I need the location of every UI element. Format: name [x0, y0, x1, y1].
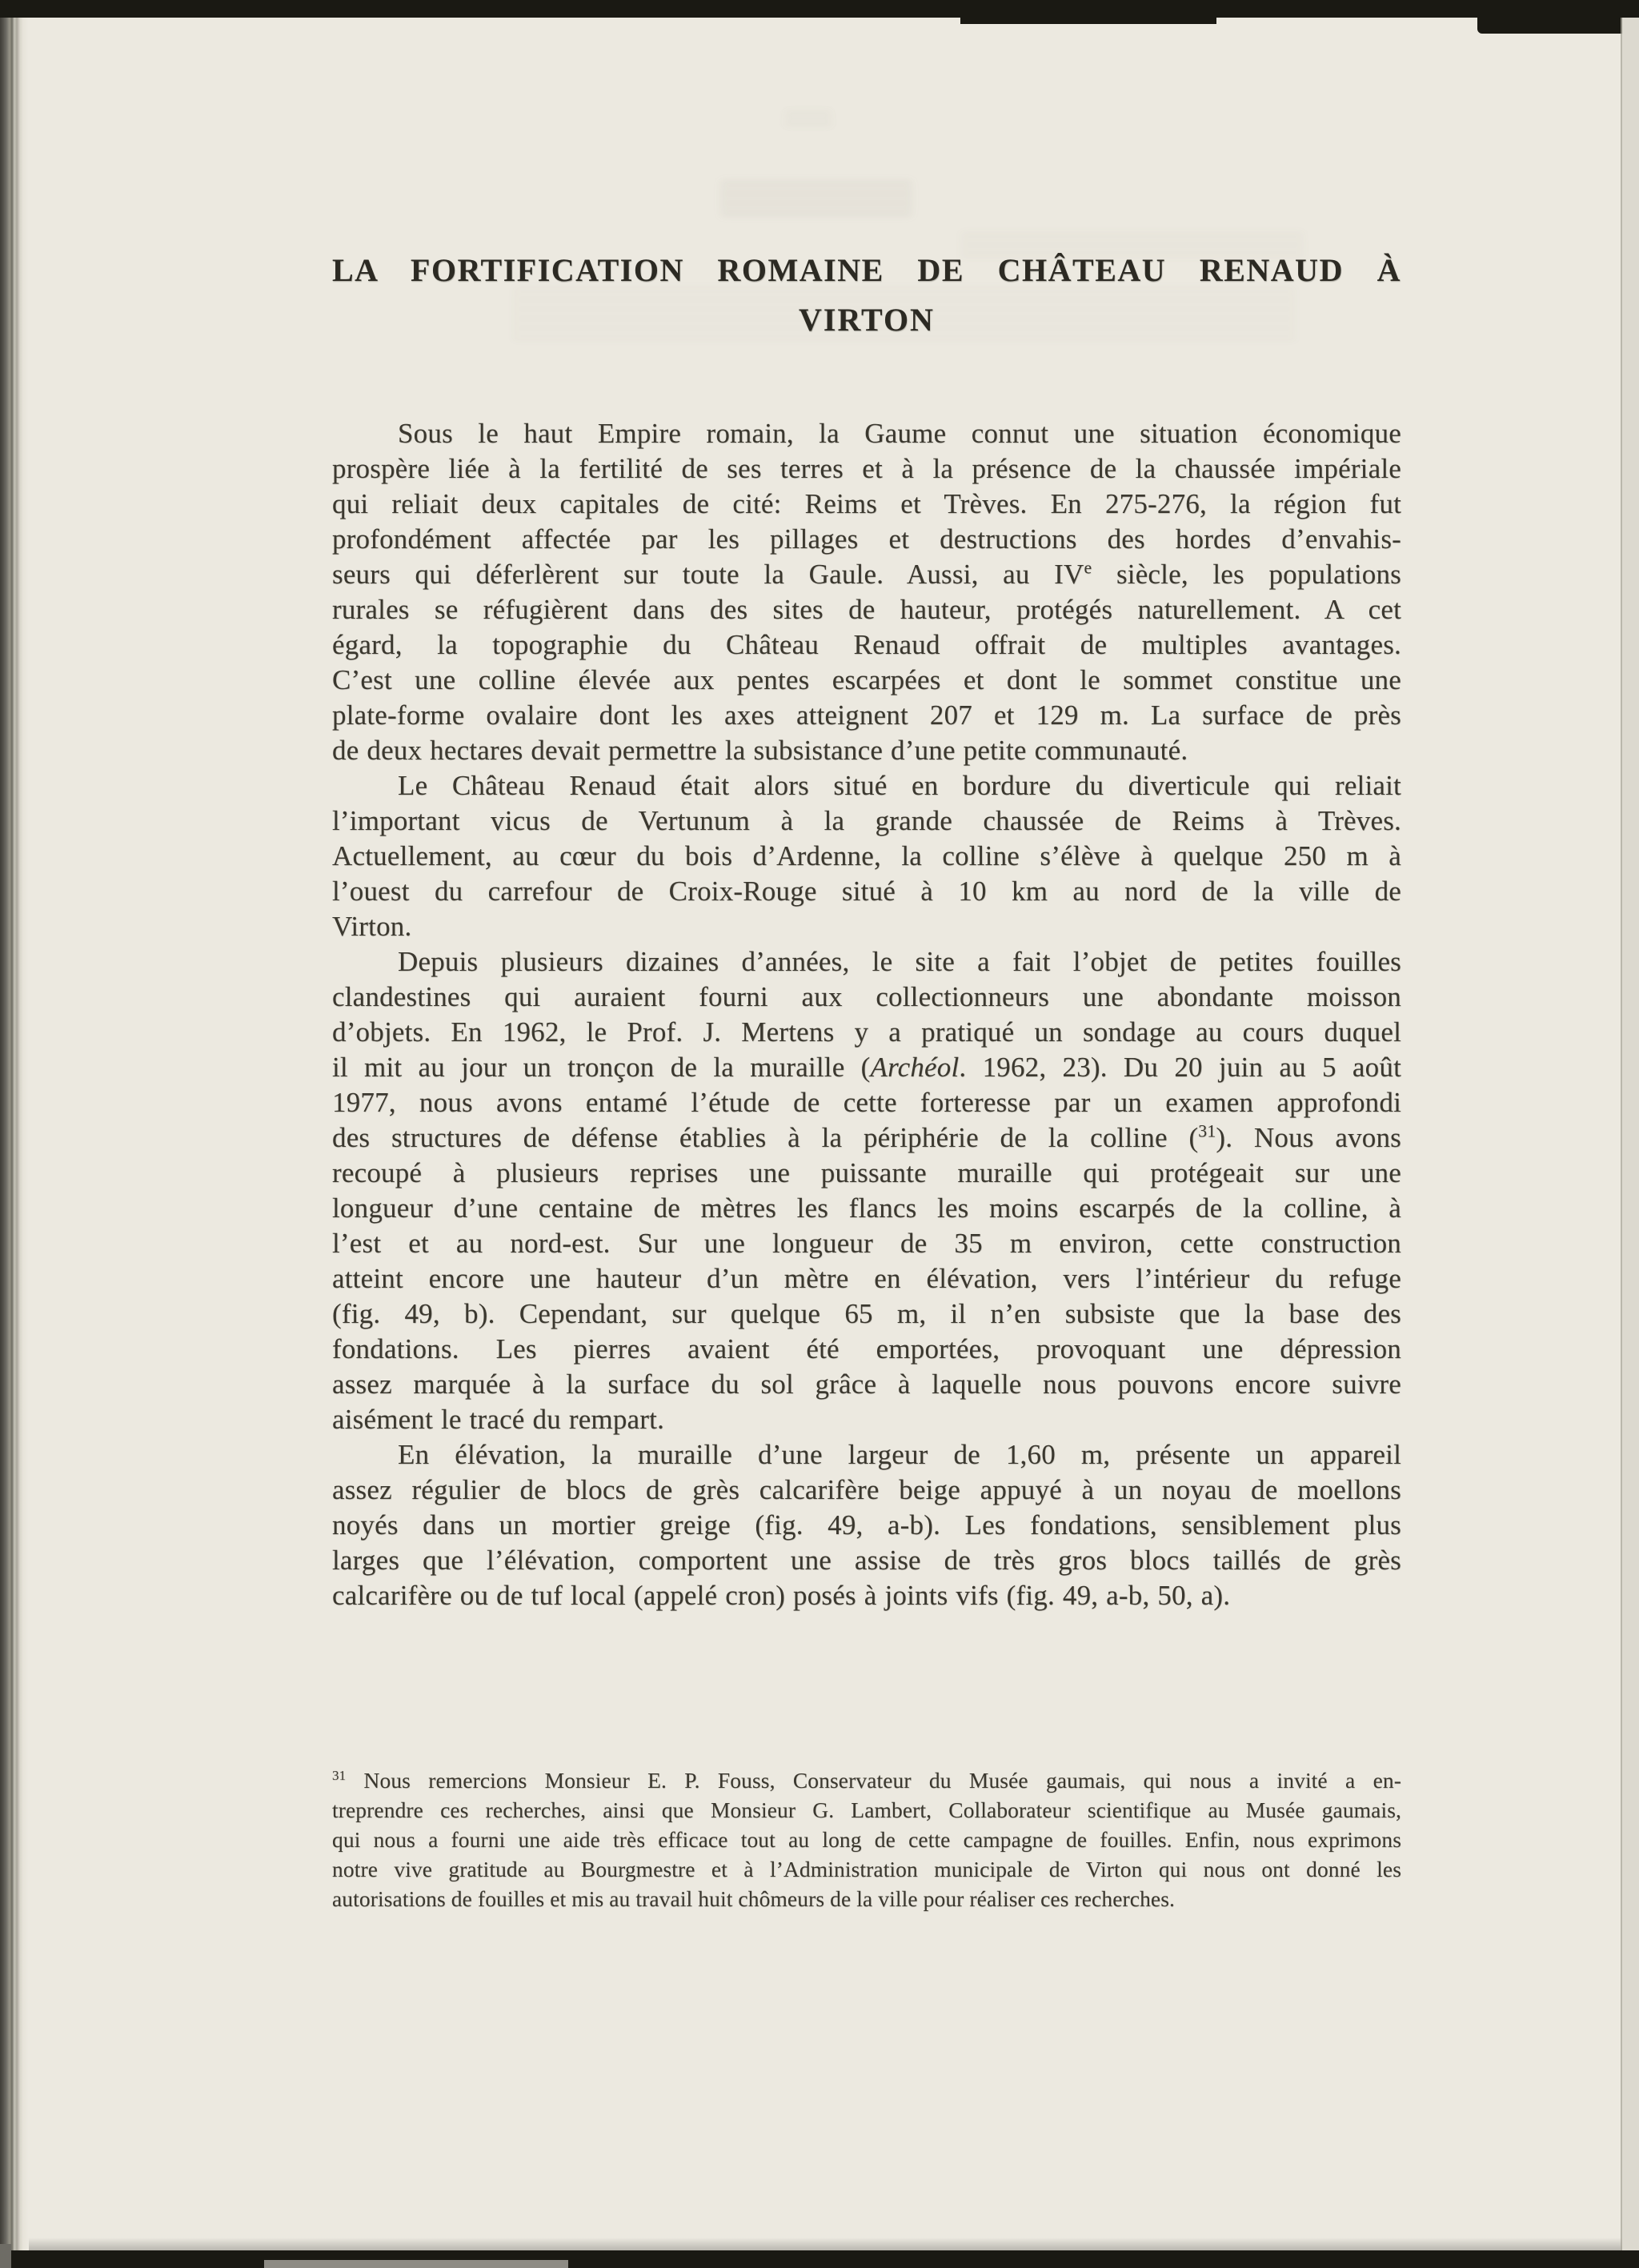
text-line: seurs qui déferlèrent sur toute la Gaule… [332, 557, 1401, 592]
page-right-edge-line [1621, 18, 1622, 2250]
text-line: atteint encore une hauteur d’un mètre en… [332, 1261, 1401, 1296]
text-line: prospère liée à la fertilité de ses terr… [332, 451, 1401, 487]
text-line: plate-forme ovalaire dont les axes attei… [332, 698, 1401, 733]
scan-top-edge-notch [960, 0, 1216, 24]
footnote-line: treprendre ces recherches, ainsi que Mon… [332, 1795, 1401, 1825]
footnote-line: notre vive gratitude au Bourgmestre et à… [332, 1854, 1401, 1884]
text-line: assez régulier de blocs de grès calcarif… [332, 1473, 1401, 1508]
scan-top-edge [0, 0, 1639, 18]
text-line: larges que l’élévation, comportent une a… [332, 1543, 1401, 1578]
page-right-edge-shade [1622, 18, 1639, 2250]
text-line: En élévation, la muraille d’une largeur … [332, 1437, 1401, 1473]
show-through-smudge [720, 182, 912, 214]
scanned-page: LA FORTIFICATION ROMAINE DE CHÂTEAU RENA… [0, 0, 1639, 2268]
paragraph: Le Château Renaud était alors situé en b… [332, 768, 1401, 944]
text-line: clandestines qui auraient fourni aux col… [332, 980, 1401, 1015]
show-through-smudge [784, 112, 832, 130]
scan-bottom-edge [0, 2250, 1639, 2268]
title-line-2: VIRTON [332, 301, 1401, 339]
title-line-1: LA FORTIFICATION ROMAINE DE CHÂTEAU RENA… [332, 251, 1401, 290]
scan-bottom-left-corner [0, 2244, 11, 2268]
footnote-line: autorisations de fouilles et mis au trav… [332, 1884, 1401, 1913]
text-line: d’objets. En 1962, le Prof. J. Mertens y… [332, 1015, 1401, 1050]
text-line: fondations. Les pierres avaient été empo… [332, 1332, 1401, 1367]
book-spine-shadow [0, 0, 29, 2268]
text-line: Virton. [332, 909, 1401, 944]
text-line: l’important vicus de Vertunum à la grand… [332, 803, 1401, 839]
text-line: noyés dans un mortier greige (fig. 49, a… [332, 1508, 1401, 1543]
text-line: Depuis plusieurs dizaines d’années, le s… [332, 944, 1401, 980]
text-line: longueur d’une centaine de mètres les fl… [332, 1191, 1401, 1226]
paragraph: Sous le haut Empire romain, la Gaume con… [332, 416, 1401, 768]
paragraph: En élévation, la muraille d’une largeur … [332, 1437, 1401, 1613]
footnote: 31 Nous remercions Monsieur E. P. Fouss,… [332, 1765, 1401, 1913]
text-line: rurales se réfugièrent dans des sites de… [332, 592, 1401, 627]
text-line: C’est une colline élevée aux pentes esca… [332, 663, 1401, 698]
text-line: Actuellement, au cœur du bois d’Ardenne,… [332, 839, 1401, 874]
text-line: l’ouest du carrefour de Croix-Rouge situ… [332, 874, 1401, 909]
text-line: égard, la topographie du Château Renaud … [332, 627, 1401, 663]
footnote-line: 31 Nous remercions Monsieur E. P. Fouss,… [332, 1765, 1401, 1795]
text-line: recoupé à plusieurs reprises une puissan… [332, 1156, 1401, 1191]
body-paragraphs: Sous le haut Empire romain, la Gaume con… [332, 416, 1401, 1613]
paragraph: Depuis plusieurs dizaines d’années, le s… [332, 944, 1401, 1437]
text-line: de deux hectares devait permettre la sub… [332, 733, 1401, 768]
text-line: Le Château Renaud était alors situé en b… [332, 768, 1401, 803]
text-line: assez marquée à la surface du sol grâce … [332, 1367, 1401, 1402]
footnote-line: qui nous a fourni une aide très efficace… [332, 1825, 1401, 1854]
text-line: des structures de défense établies à la … [332, 1120, 1401, 1156]
text-line: l’est et au nord-est. Sur une longueur d… [332, 1226, 1401, 1261]
text-line: (fig. 49, b). Cependant, sur quelque 65 … [332, 1296, 1401, 1332]
text-line: calcarifère ou de tuf local (appelé cron… [332, 1578, 1401, 1613]
article-title: LA FORTIFICATION ROMAINE DE CHÂTEAU RENA… [332, 251, 1401, 339]
scanner-bottom-strip [264, 2260, 568, 2268]
text-line: profondément affectée par les pillages e… [332, 522, 1401, 557]
text-line: qui reliait deux capitales de cité: Reim… [332, 487, 1401, 522]
text-line: il mit au jour un tronçon de la muraille… [332, 1050, 1401, 1085]
scan-top-right-corner [1477, 0, 1639, 34]
text-line: Sous le haut Empire romain, la Gaume con… [332, 416, 1401, 451]
text-line: aisément le tracé du rempart. [332, 1402, 1401, 1437]
text-line: 1977, nous avons entamé l’étude de cette… [332, 1085, 1401, 1120]
